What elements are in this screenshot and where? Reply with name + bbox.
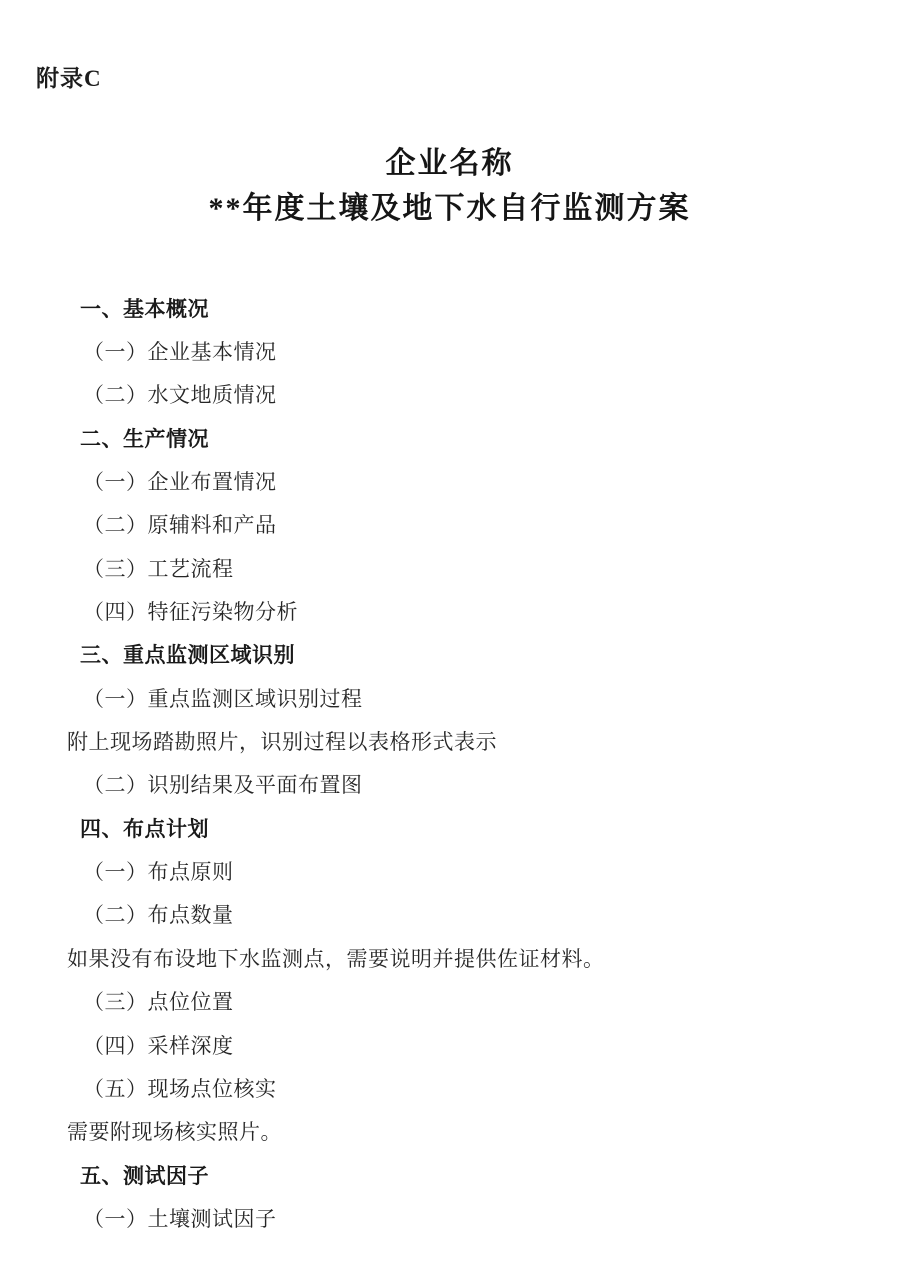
document-title: 企业名称 **年度土壤及地下水自行监测方案 bbox=[0, 141, 899, 231]
outline-item-note: 附上现场踏勘照片，识别过程以表格形式表示 bbox=[0, 719, 899, 762]
outline-item-heading: 二、生产情况 bbox=[0, 416, 899, 459]
outline-item-sub: （一）布点原则 bbox=[0, 849, 899, 892]
outline-item-sub: （五）现场点位核实 bbox=[0, 1066, 899, 1109]
outline-item-note: 如果没有布设地下水监测点，需要说明并提供佐证材料。 bbox=[0, 936, 899, 979]
outline-item-heading: 一、基本概况 bbox=[0, 286, 899, 329]
outline-item-sub: （一）企业基本情况 bbox=[0, 329, 899, 372]
outline-list: 一、基本概况（一）企业基本情况（二）水文地质情况二、生产情况（一）企业布置情况（… bbox=[0, 286, 899, 1240]
outline-item-sub: （二）水文地质情况 bbox=[0, 373, 899, 416]
outline-item-note: 需要附现场核实照片。 bbox=[0, 1110, 899, 1153]
outline-item-sub: （二）识别结果及平面布置图 bbox=[0, 763, 899, 806]
outline-item-heading: 四、布点计划 bbox=[0, 806, 899, 849]
document-page: 附录C 企业名称 **年度土壤及地下水自行监测方案 一、基本概况（一）企业基本情… bbox=[0, 0, 899, 1274]
outline-item-sub: （三）工艺流程 bbox=[0, 546, 899, 589]
outline-item-sub: （二）原辅料和产品 bbox=[0, 503, 899, 546]
document-title-line1: 企业名称 bbox=[0, 141, 899, 186]
outline-item-sub: （一）企业布置情况 bbox=[0, 459, 899, 502]
outline-item-sub: （一）重点监测区域识别过程 bbox=[0, 676, 899, 719]
outline-item-heading: 五、测试因子 bbox=[0, 1153, 899, 1196]
outline-item-sub: （四）特征污染物分析 bbox=[0, 589, 899, 632]
outline-item-sub: （三）点位位置 bbox=[0, 980, 899, 1023]
appendix-label: 附录C bbox=[36, 60, 102, 93]
outline-item-sub: （一）土壤测试因子 bbox=[0, 1196, 899, 1239]
outline-item-sub: （二）布点数量 bbox=[0, 893, 899, 936]
outline-item-heading: 三、重点监测区域识别 bbox=[0, 633, 899, 676]
document-title-line2: **年度土壤及地下水自行监测方案 bbox=[0, 186, 899, 231]
outline-item-sub: （四）采样深度 bbox=[0, 1023, 899, 1066]
